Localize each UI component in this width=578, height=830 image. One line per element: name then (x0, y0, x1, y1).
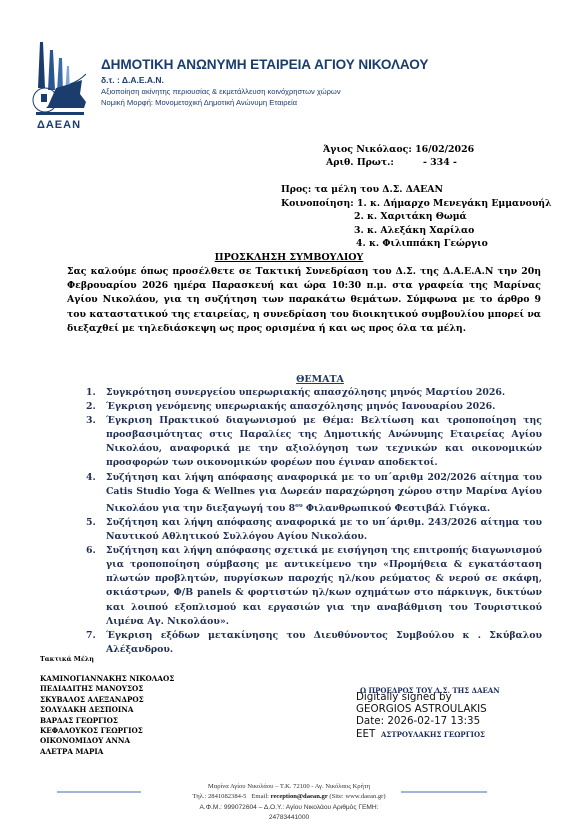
topic-item: 7.Έγκριση εξόδων μετακίνησης του Διευθύν… (86, 629, 542, 657)
footer-email-label: Email: (251, 793, 269, 800)
member-name: ΑΛΕΤΡΑ ΜΑΡΙΑ (40, 747, 174, 757)
member-name: ΣΟΛΥΔΑΚΗ ΔΕΣΠΟΙΝΑ (40, 705, 174, 715)
topic-number: 1. (86, 386, 96, 400)
organization-abbreviation: δ.τ. : Δ.Α.Ε.Α.Ν. (101, 75, 428, 85)
topic-text: Έγκριση γενόμενης υπερωριακής απασχόληση… (106, 401, 495, 412)
topic-number: 4. (86, 471, 96, 485)
footer-phone: Τηλ.: 2841082384-5 (192, 793, 246, 800)
member-name: ΚΑΜΙΝΟΓΙΑΝΝΑΚΗΣ ΝΙΚΟΛΑΟΣ (40, 674, 174, 684)
protocol-label: Αριθ. Πρωτ.: (323, 156, 423, 169)
date-protocol-block: Άγιος Νικόλαος: 16/02/2026 Αριθ. Πρωτ.:-… (323, 143, 474, 169)
recipients-block: Προς: τα μέλη του Δ.Σ. ΔΑΕΑΝ Κοινοποίηση… (281, 183, 552, 251)
digital-signature-line: EET (356, 728, 487, 740)
topic-item: 6.Συζήτηση και λήψη απόφασης σχετικά με … (86, 544, 542, 629)
ordinal-superscript: ου (295, 503, 303, 509)
member-name: ΟΙΚΟΝΟΜΙΔΟΥ ΑΝΝΑ (40, 736, 174, 746)
members-label: Τακτικά Μέλη (40, 655, 94, 663)
topic-number: 7. (86, 629, 96, 643)
document-date: 16/02/2026 (415, 144, 474, 155)
digital-signature-line: Digitally signed by (356, 691, 487, 703)
cc-recipient: 2. κ. Χαριτάκη Θωμά (281, 210, 552, 224)
topic-number: 6. (86, 544, 96, 558)
footer-contact: Τηλ.: 2841082384-5 Email: reception@daea… (0, 792, 578, 802)
topic-item: 1.Συγκρότηση συνεργείου υπερωριακής απασ… (86, 386, 542, 400)
topic-text: Συζήτηση και λήψη απόφασης σχετικά με ει… (106, 545, 542, 626)
cc-recipient: 3. κ. Αλεξάκη Χαρίλαο (281, 224, 552, 238)
topic-item: 3.Έγκριση Πρακτικού διαγωνισμού με Θέμα:… (86, 414, 542, 470)
cc-label: Κοινοποίηση: (281, 198, 354, 209)
place-date-label: Άγιος Νικόλαος: (323, 144, 412, 155)
topic-item: 4.Συζήτηση και λήψη απόφασης αναφορικά μ… (86, 471, 542, 516)
invitation-title: ΠΡΟΣΚΛΗΣΗ ΣΥΜΒΟΥΛΙΟΥ (0, 252, 578, 263)
member-name: ΒΑΡΔΑΣ ΓΕΩΡΓΙΟΣ (40, 716, 174, 726)
cc-recipient: 4. κ. Φιλιππάκη Γεώργιο (281, 237, 552, 251)
footer-address: Μαρίνα Αγίου Νικολάου – Τ.Κ. 72100 - Αγ.… (0, 782, 578, 792)
topic-text: Συγκρότηση συνεργείου υπερωριακής απασχό… (106, 387, 505, 398)
member-name: ΠΕΔΙΑΔΙΤΗΣ ΜΑΝΟΥΣΟΣ (40, 684, 174, 694)
footer-email-link[interactable]: reception@daean.gr (271, 793, 328, 800)
organization-header: ΔΗΜΟΤΙΚΗ ΑΝΩΝΥΜΗ ΕΤΑΙΡΕΙΑ ΑΓΙΟΥ ΝΙΚΟΛΑΟΥ… (101, 57, 428, 107)
topic-item: 2.Έγκριση γενόμενης υπερωριακής απασχόλη… (86, 400, 542, 414)
topic-item: 5.Συζήτηση και λήψη απόφασης αναφορικά μ… (86, 516, 542, 544)
topic-number: 2. (86, 400, 96, 414)
member-name: ΣΚΥΒΑΛΟΣ ΑΛΕΞΑΝΔΡΟΣ (40, 695, 174, 705)
members-list: ΚΑΜΙΝΟΓΙΑΝΝΑΚΗΣ ΝΙΚΟΛΑΟΣ ΠΕΔΙΑΔΙΤΗΣ ΜΑΝΟ… (40, 674, 174, 757)
topics-list: 1.Συγκρότηση συνεργείου υπερωριακής απασ… (86, 386, 542, 657)
digital-signature-line: Date: 2026-02-17 13:35 (356, 715, 487, 727)
footer-site-link[interactable]: (Site: www.daean.gr) (329, 793, 385, 800)
logo-ship-icon (26, 36, 92, 118)
footer-tax-info: Α.Φ.Μ.: 999072604 – Δ.Ο.Υ.: Αγίου Νικολά… (0, 803, 578, 813)
topic-text-continued: Φιλανθρωπικού Φεστιβάλ Γιόγκα. (303, 503, 491, 514)
invitation-body: Σας καλούμε όπως προσέλθετε σε Τακτική Σ… (67, 265, 541, 336)
footer-gemi-number: 24783441000 (0, 813, 578, 823)
cc-recipient: 1. κ. Δήμαρχο Μενεγάκη Εμμανουήλ (357, 198, 552, 209)
topic-text: Συζήτηση και λήψη απόφασης αναφορικά με … (106, 517, 542, 542)
organization-name: ΔΗΜΟΤΙΚΗ ΑΝΩΝΥΜΗ ΕΤΑΙΡΕΙΑ ΑΓΙΟΥ ΝΙΚΟΛΑΟΥ (101, 57, 428, 72)
company-logo: ΔΑΕΑΝ (26, 36, 92, 134)
topics-title: ΘΕΜΑΤΑ (0, 374, 578, 385)
topic-text: Έγκριση Πρακτικού διαγωνισμού με Θέμα: Β… (106, 415, 542, 468)
topic-text: Έγκριση εξόδων μετακίνησης του Διευθύνον… (106, 630, 542, 655)
digital-signature-line: GEORGIOS ASTROULAKIS (356, 703, 487, 715)
topic-number: 3. (86, 414, 96, 428)
organization-legal-form: Νομική Μορφή: Μονομετοχική Δημοτική Ανών… (101, 98, 428, 107)
topic-number: 5. (86, 516, 96, 530)
digital-signature-stamp[interactable]: Digitally signed by GEORGIOS ASTROULAKIS… (356, 691, 487, 740)
logo-wordmark: ΔΑΕΑΝ (26, 119, 92, 131)
organization-purpose: Αξιοποίηση ακίνητης περιουσίας & εκμετάλ… (101, 87, 428, 96)
footer: Μαρίνα Αγίου Νικολάου – Τ.Κ. 72100 - Αγ.… (0, 782, 578, 824)
recipients-to: Προς: τα μέλη του Δ.Σ. ΔΑΕΑΝ (281, 183, 552, 197)
member-name: ΚΕΦΑΛΟΥΚΟΣ ΓΕΩΡΓΙΟΣ (40, 726, 174, 736)
protocol-number: - 334 - (423, 157, 457, 168)
